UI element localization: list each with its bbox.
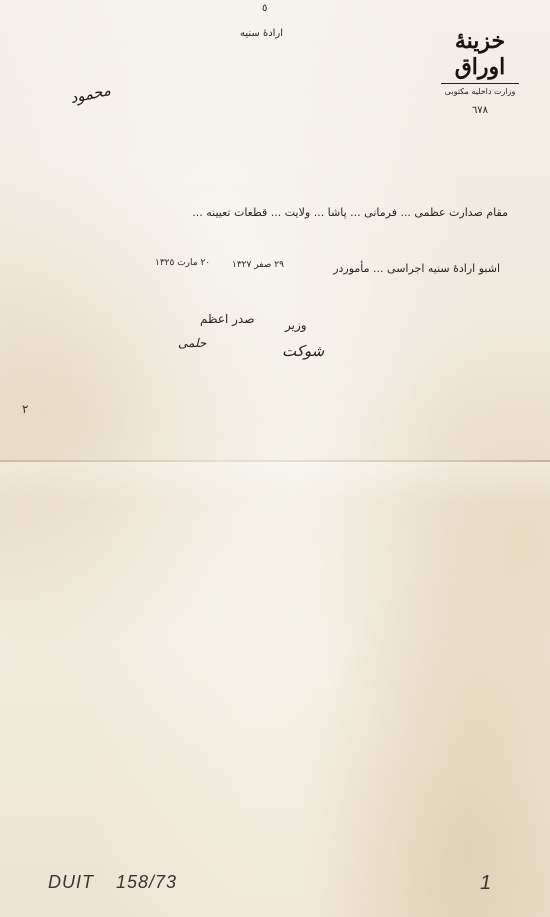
document-paper	[0, 0, 550, 917]
letterhead-number: ٦٧٨	[430, 105, 530, 116]
letterhead-divider	[441, 83, 519, 84]
page-number: 1	[480, 872, 491, 895]
body-line-2: اشبو ارادهٔ سنيه اجراسى ... مأموردر	[160, 262, 500, 275]
top-mark: ٥	[262, 3, 267, 14]
signature-right-title: وزير	[285, 318, 307, 332]
archive-number: 158/73	[116, 872, 177, 892]
fold-shadow	[0, 462, 550, 502]
margin-mark: ٢	[22, 402, 28, 416]
signature-right-name: شوكت	[282, 342, 324, 360]
letterhead-title: خزينهٔ اوراق	[430, 28, 530, 80]
letterhead: خزينهٔ اوراق وزارت داخليه مكتوبى ٦٧٨	[430, 28, 530, 116]
signature-left-title: صدر اعظم	[200, 312, 254, 326]
body-line-1: مقام صدارت عظمى ... فرمانى ... پاشا ... …	[78, 206, 508, 219]
archive-code: DUIT	[48, 872, 94, 892]
signature-left-name: حلمى	[178, 336, 206, 350]
date-rumi: ٢٠ مارت ١٣٢٥	[155, 258, 210, 268]
header-label: ارادهٔ سنيه	[240, 28, 283, 39]
date-hijri: ٢٩ صفر ١٣٢٧	[232, 260, 284, 270]
letterhead-subtitle: وزارت داخليه مكتوبى	[430, 86, 530, 97]
archive-reference: DUIT 158/73	[48, 872, 177, 893]
